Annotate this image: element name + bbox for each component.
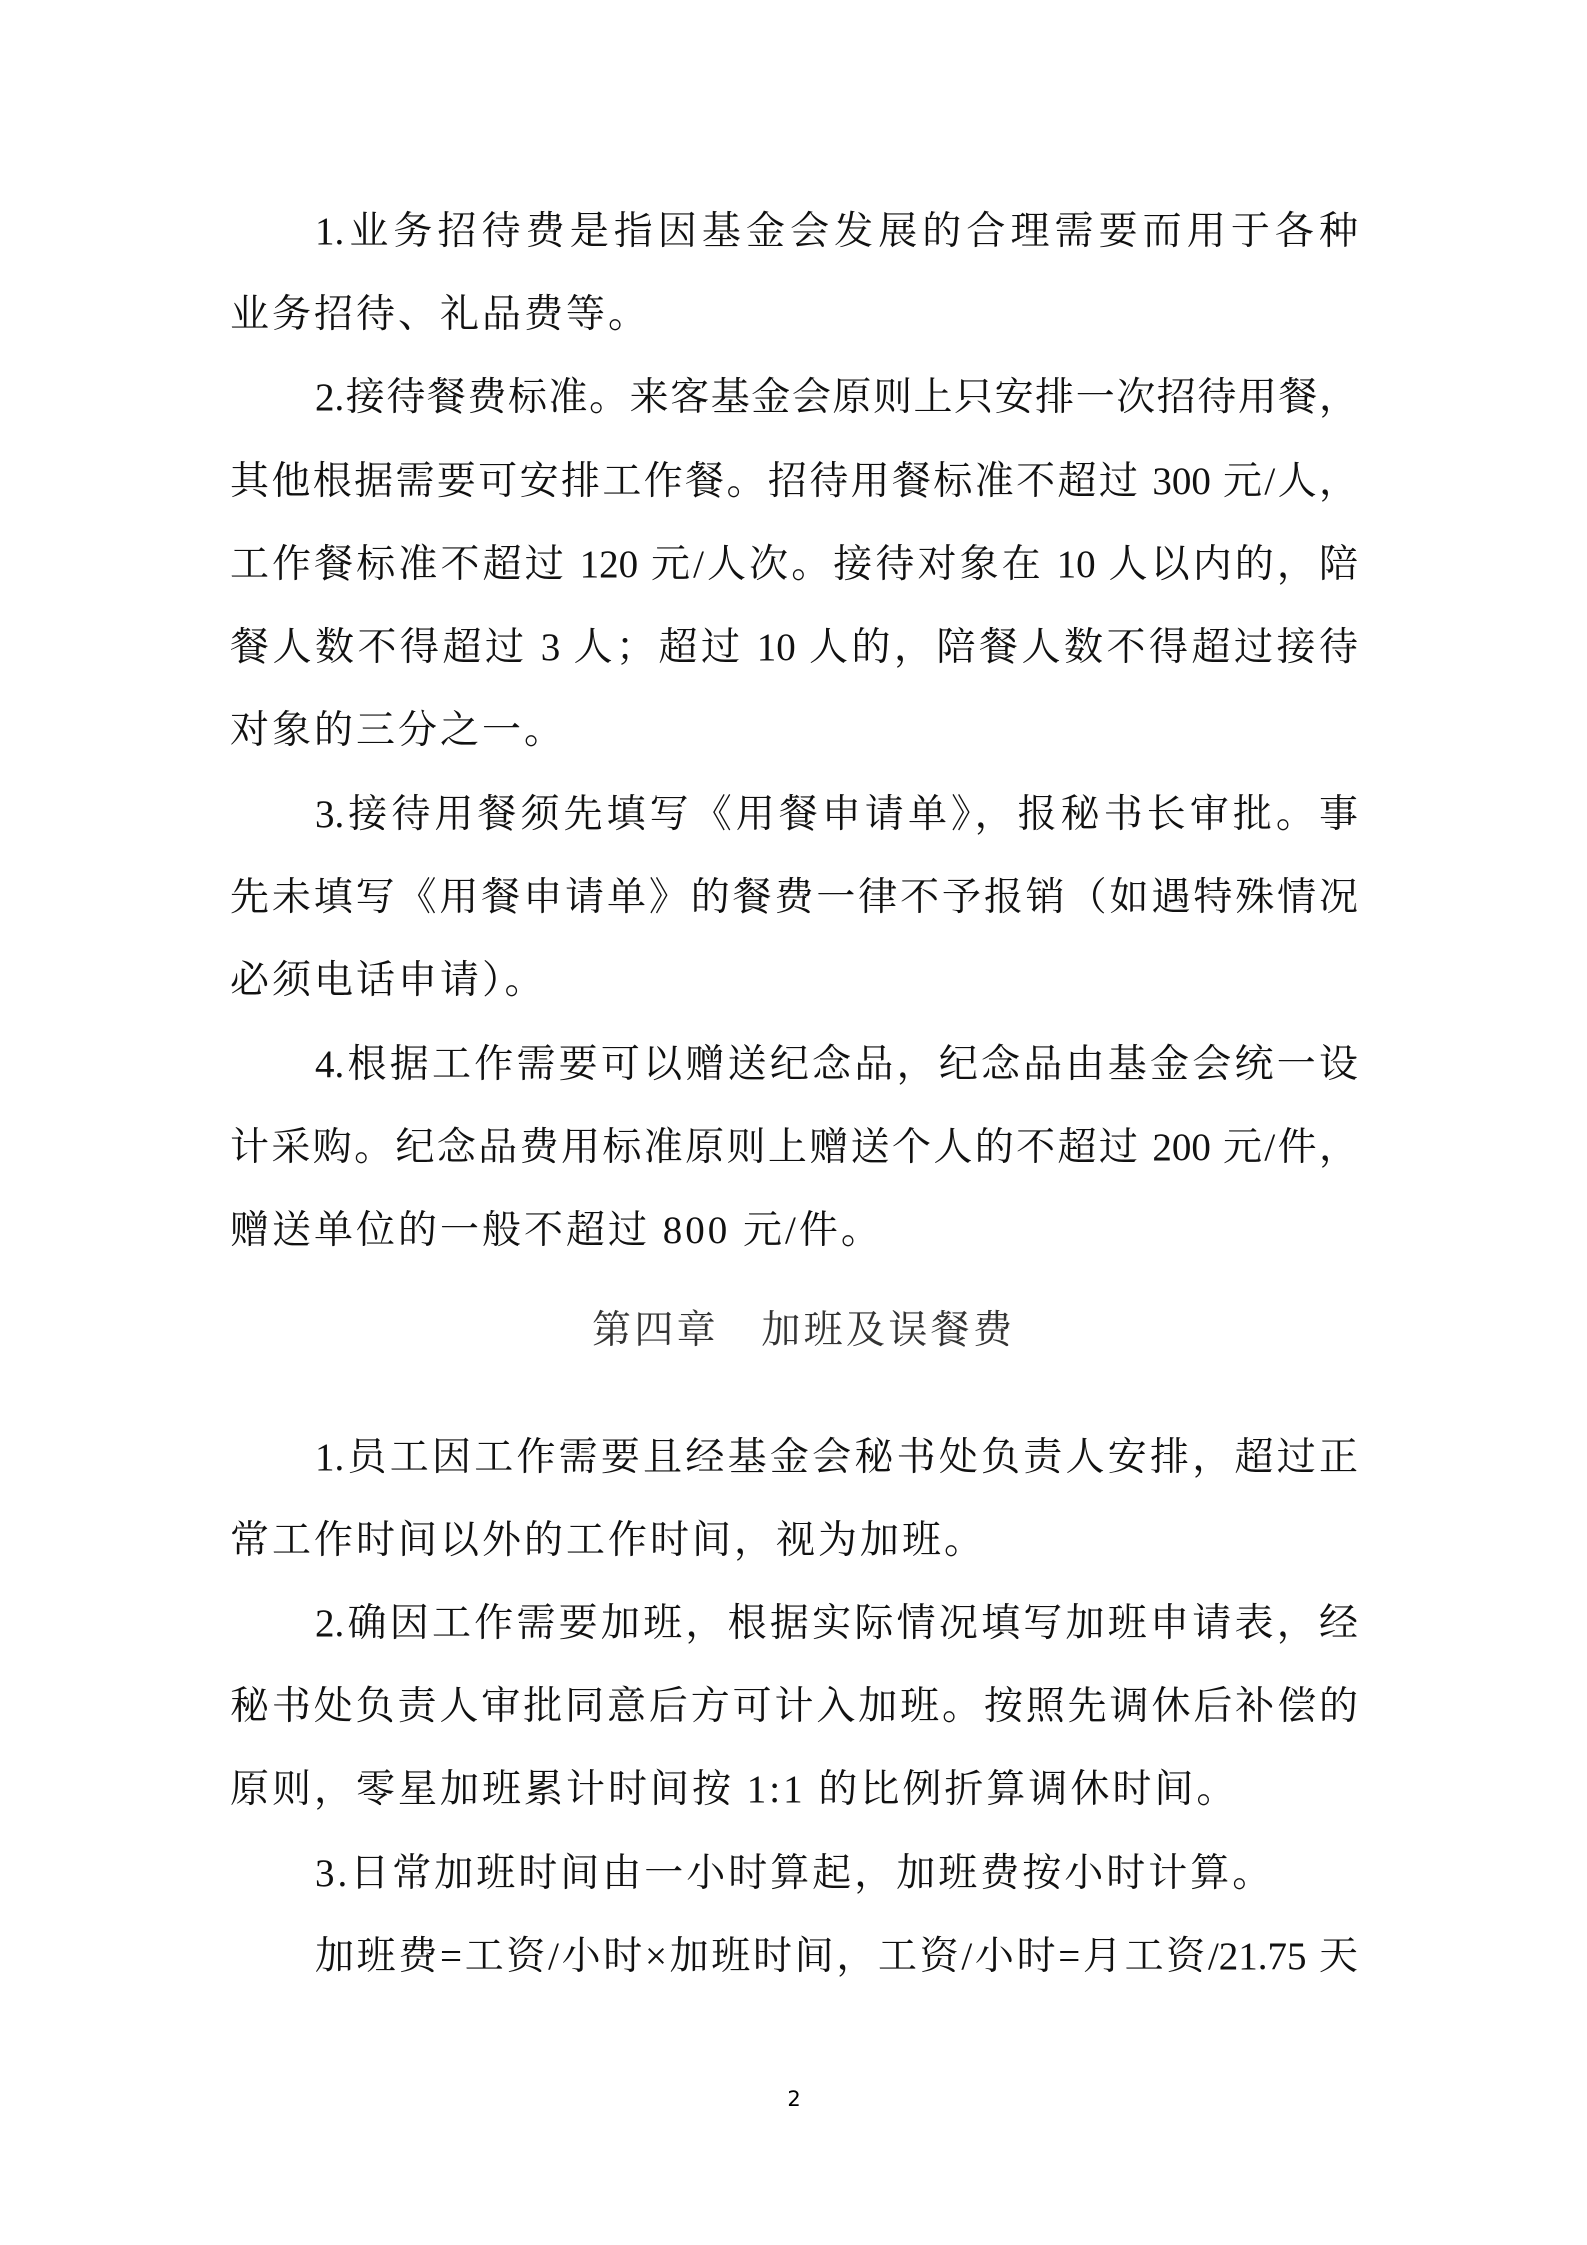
formula-line: 加班费=工资/小时×加班时间，工资/小时=月工资/21.75 天	[315, 1927, 1358, 1987]
paragraph-line: 常工作时间以外的工作时间，视为加班。	[230, 1511, 1358, 1571]
paragraph-line: 4.根据工作需要可以赠送纪念品，纪念品由基金会统一设	[315, 1035, 1358, 1095]
chapter-heading: 第四章 加班及误餐费	[592, 1303, 1012, 1359]
paragraph-line: 原则，零星加班累计时间按 1:1 的比例折算调休时间。	[230, 1760, 1358, 1820]
paragraph-line: 2.确因工作需要加班，根据实际情况填写加班申请表，经	[315, 1594, 1358, 1654]
paragraph-line: 2.接待餐费标准。来客基金会原则上只安排一次招待用餐，	[315, 368, 1358, 428]
paragraph-line: 对象的三分之一。	[230, 701, 1358, 761]
paragraph-line: 必须电话申请）。	[230, 951, 1358, 1011]
paragraph-line: 3.接待用餐须先填写《用餐申请单》，报秘书长审批。事	[315, 785, 1358, 845]
paragraph-line: 3.日常加班时间由一小时算起，加班费按小时计算。	[315, 1844, 1358, 1904]
paragraph-line: 餐人数不得超过 3 人；超过 10 人的，陪餐人数不得超过接待	[230, 618, 1358, 678]
paragraph-line: 赠送单位的一般不超过 800 元/件。	[230, 1201, 1358, 1261]
paragraph-line: 其他根据需要可安排工作餐。招待用餐标准不超过 300 元/人，	[230, 452, 1358, 512]
paragraph-line: 1.业务招待费是指因基金会发展的合理需要而用于各种	[315, 202, 1358, 262]
paragraph-line: 工作餐标准不超过 120 元/人次。接待对象在 10 人以内的，陪	[230, 535, 1358, 595]
page-number: 2	[774, 2086, 814, 2112]
document-page: 1.业务招待费是指因基金会发展的合理需要而用于各种 业务招待、礼品费等。 2.接…	[0, 0, 1587, 2245]
paragraph-line: 1.员工因工作需要且经基金会秘书处负责人安排，超过正	[315, 1428, 1358, 1488]
paragraph-line: 业务招待、礼品费等。	[230, 285, 1358, 345]
paragraph-line: 先未填写《用餐申请单》的餐费一律不予报销（如遇特殊情况	[230, 868, 1358, 928]
paragraph-line: 秘书处负责人审批同意后方可计入加班。按照先调休后补偿的	[230, 1677, 1358, 1737]
paragraph-line: 计采购。纪念品费用标准原则上赠送个人的不超过 200 元/件，	[230, 1118, 1358, 1178]
